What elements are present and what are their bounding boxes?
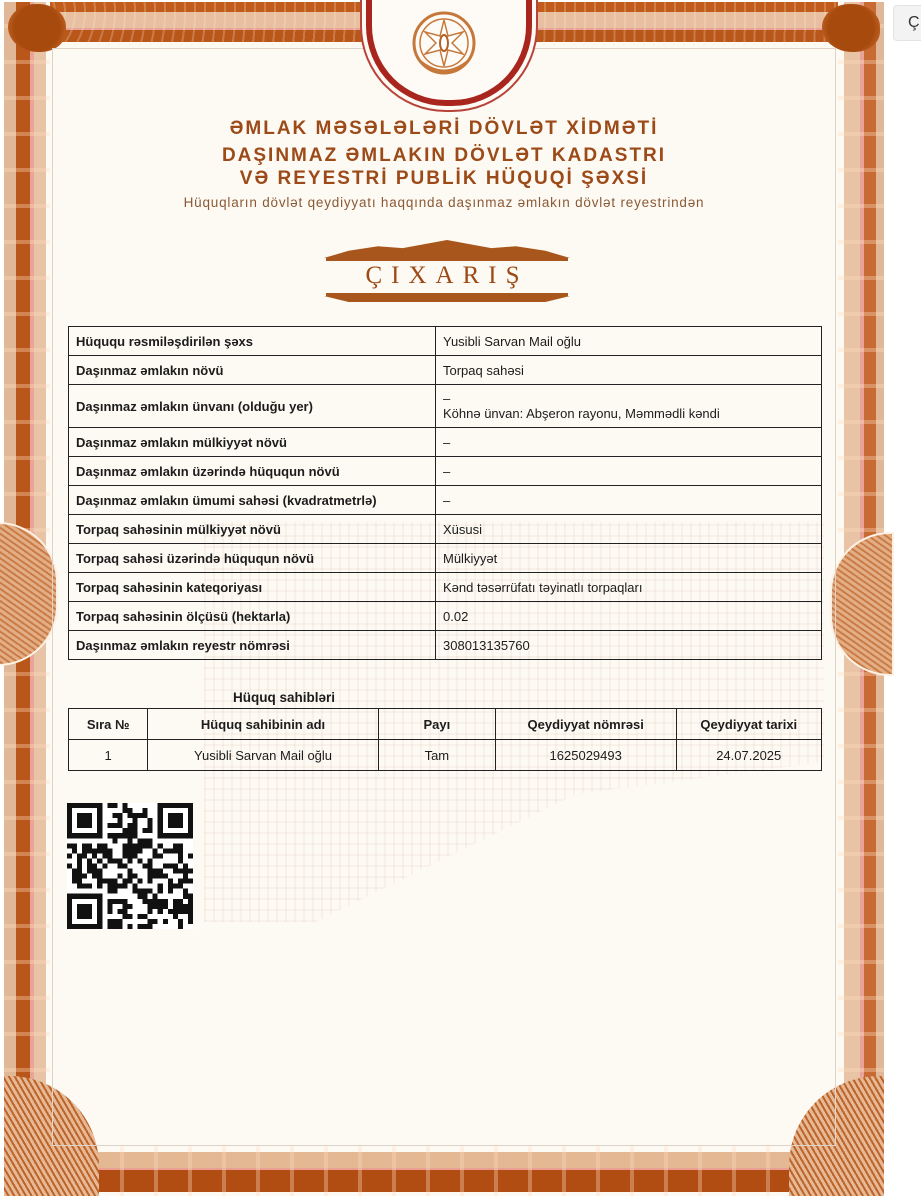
property-info-table: Hüququ rəsmiləşdirilən şəxsYusibli Sarva… (68, 326, 822, 660)
banner-ornament-icon (324, 296, 570, 302)
property-value-text: Torpaq sahəsi (443, 363, 814, 378)
bottom-ornamental-border (4, 1146, 884, 1196)
banner-rule (326, 293, 568, 296)
document-title: ÇIXARIŞ (324, 260, 570, 292)
agency-title-line-2: DAŞINMAZ ƏMLAKIN DÖVLƏT KADASTRI (4, 145, 884, 167)
property-value-text: Xüsusi (443, 522, 814, 537)
property-row: Daşınmaz əmlakın üzərində hüququn növü– (69, 457, 822, 486)
old-address-text: Köhnə ünvan: Abşeron rayonu, Məmmədli kə… (443, 406, 814, 421)
property-value-text: – (443, 391, 814, 406)
property-row: Torpaq sahəsinin kateqoriyasıKənd təsərr… (69, 573, 822, 602)
property-value-text: Kənd təsərrüfatı təyinatlı torpaqları (443, 580, 814, 595)
owners-column-header: Hüquq sahibinin adı (148, 709, 378, 740)
property-label: Torpaq sahəsinin mülkiyyət növü (69, 515, 436, 544)
owner-cell: Tam (378, 740, 495, 771)
state-emblem-icon (411, 10, 477, 80)
property-row: Torpaq sahəsinin mülkiyyət növüXüsusi (69, 515, 822, 544)
property-label: Daşınmaz əmlakın mülkiyyət növü (69, 428, 436, 457)
property-value-text: – (443, 464, 814, 479)
document-title-banner: ÇIXARIŞ (324, 240, 570, 302)
owner-cell: 1 (69, 740, 148, 771)
owner-cell: 24.07.2025 (676, 740, 822, 771)
property-value: Mülkiyyət (436, 544, 822, 573)
property-row: Daşınmaz əmlakın reyestr nömrəsi30801313… (69, 631, 822, 660)
property-row: Daşınmaz əmlakın ünvanı (olduğu yer)–Köh… (69, 385, 822, 428)
property-value-text: Yusibli Sarvan Mail oğlu (443, 334, 814, 349)
property-label: Torpaq sahəsinin kateqoriyası (69, 573, 436, 602)
document-subtitle: Hüquqların dövlət qeydiyyatı haqqında da… (4, 195, 884, 210)
property-row: Daşınmaz əmlakın növüTorpaq sahəsi (69, 356, 822, 385)
property-value: Kənd təsərrüfatı təyinatlı torpaqları (436, 573, 822, 602)
property-value-text: 308013135760 (443, 638, 814, 653)
property-row: Hüququ rəsmiləşdirilən şəxsYusibli Sarva… (69, 327, 822, 356)
property-value: – (436, 428, 822, 457)
property-label: Torpaq sahəsinin ölçüsü (hektarla) (69, 602, 436, 631)
property-row: Torpaq sahəsi üzərində hüququn növüMülki… (69, 544, 822, 573)
owners-column-header: Qeydiyyat tarixi (676, 709, 822, 740)
property-value: –Köhnə ünvan: Abşeron rayonu, Məmmədli k… (436, 385, 822, 428)
property-value: – (436, 486, 822, 515)
property-value: – (436, 457, 822, 486)
property-label: Daşınmaz əmlakın üzərində hüququn növü (69, 457, 436, 486)
property-value: Xüsusi (436, 515, 822, 544)
owners-column-header: Sıra № (69, 709, 148, 740)
property-value-text: 0.02 (443, 609, 814, 624)
owners-column-header: Qeydiyyat nömrəsi (495, 709, 676, 740)
property-label: Daşınmaz əmlakın növü (69, 356, 436, 385)
owners-table: Sıra №Hüquq sahibinin adıPayıQeydiyyat n… (68, 708, 822, 771)
property-value-text: – (443, 435, 814, 450)
property-value: 0.02 (436, 602, 822, 631)
property-value: 308013135760 (436, 631, 822, 660)
banner-ornament-icon (324, 240, 570, 258)
owner-row: 1Yusibli Sarvan Mail oğluTam162502949324… (69, 740, 822, 771)
property-label: Daşınmaz əmlakın ümumi sahəsi (kvadratme… (69, 486, 436, 515)
corner-rosette-icon (8, 4, 66, 52)
owner-cell: Yusibli Sarvan Mail oğlu (148, 740, 378, 771)
qr-code-icon (67, 803, 193, 929)
side-panel-button[interactable]: Ç (893, 5, 921, 41)
property-label: Torpaq sahəsi üzərində hüququn növü (69, 544, 436, 573)
property-label: Hüququ rəsmiləşdirilən şəxs (69, 327, 436, 356)
corner-rosette-icon (822, 4, 880, 52)
property-value: Yusibli Sarvan Mail oğlu (436, 327, 822, 356)
property-label: Daşınmaz əmlakın reyestr nömrəsi (69, 631, 436, 660)
agency-title-line-3: VƏ REYESTRİ PUBLİK HÜQUQİ ŞƏXSİ (4, 168, 884, 190)
owners-section-title: Hüquq sahibləri (68, 690, 500, 705)
property-value-text: – (443, 493, 814, 508)
property-row: Daşınmaz əmlakın mülkiyyət növü– (69, 428, 822, 457)
property-value-text: Mülkiyyət (443, 551, 814, 566)
property-value: Torpaq sahəsi (436, 356, 822, 385)
property-row: Torpaq sahəsinin ölçüsü (hektarla)0.02 (69, 602, 822, 631)
owner-cell: 1625029493 (495, 740, 676, 771)
agency-title-line-1: ƏMLAK MƏSƏLƏLƏRİ DÖVLƏT XİDMƏTİ (4, 118, 884, 140)
property-label: Daşınmaz əmlakın ünvanı (olduğu yer) (69, 385, 436, 428)
owners-column-header: Payı (378, 709, 495, 740)
property-row: Daşınmaz əmlakın ümumi sahəsi (kvadratme… (69, 486, 822, 515)
